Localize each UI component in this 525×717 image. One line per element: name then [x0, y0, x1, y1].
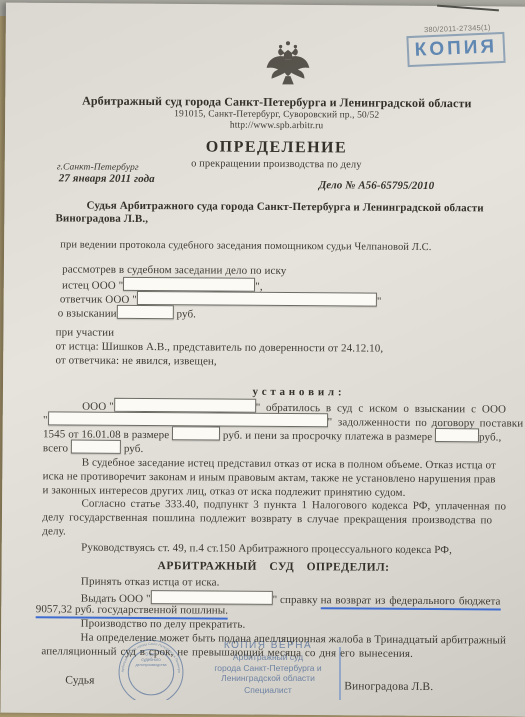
ruling-amount-line: 9057,32 руб. государственной пошлины. — [36, 603, 229, 616]
facts-p2-line-2: иска не противоречит законам и иным прав… — [43, 470, 496, 485]
claim-line: о взыскании руб. — [58, 304, 196, 320]
facts-line-4: всего руб. — [43, 439, 144, 455]
facts-p3-line-2: делу государственная пошлина подлежит во… — [42, 511, 492, 526]
review-line: рассмотрев в судебном заседании дело по … — [62, 263, 286, 277]
redaction-box — [123, 277, 255, 292]
date-line: 27 января 2011 года — [59, 172, 155, 185]
ruling-item-1: Принять отказ истца от иска. — [81, 576, 220, 589]
ruling-heading: АРБИТРАЖНЫЙ СУД ОПРЕДЕЛИЛ: — [26, 559, 521, 574]
facts-l4-a: всего — [43, 442, 68, 454]
signature-role: Судья — [65, 674, 94, 686]
facts-p3-line-1: Согласно статье 333.40, подпункт 3 пункт… — [81, 498, 506, 513]
attendance-defendant: от ответчика: не явился, извещен, — [55, 354, 216, 367]
redaction-box — [114, 398, 256, 413]
facts-l4-b: руб. — [124, 443, 144, 455]
facts-l3-c: руб., — [479, 431, 501, 443]
ruling-item2-underlined: на возврат из федерального бюджета — [321, 594, 501, 610]
defendant-suffix: " — [377, 296, 382, 308]
redaction-box — [151, 590, 273, 605]
claim-suffix: руб. — [177, 308, 197, 320]
judge-line-2: Виноградова Л.В., — [55, 212, 148, 225]
facts-p4-line: Руководствуясь ст. 49, п.4 ст.150 Арбитр… — [81, 542, 452, 557]
ruling-item-3: Производство по делу прекратить. — [81, 618, 246, 631]
redaction-box — [172, 426, 220, 440]
place-line: г.Санкт-Петербург — [57, 162, 139, 173]
facts-l3-b: руб. и пени за просрочку платежа в разме… — [223, 430, 432, 443]
attendance-heading: при участии — [56, 326, 115, 338]
signature-name: Виноградова Л.В. — [344, 680, 433, 693]
appeal-line-1: На определение может быть подана апелляц… — [81, 632, 506, 647]
redaction-box — [435, 428, 479, 442]
attendance-plaintiff: от истца: Шишков А.В., представитель по … — [56, 340, 384, 354]
redaction-box — [117, 305, 174, 319]
ruling-item2-mid: " справку — [273, 594, 321, 606]
appeal-line-2: апелляционный суд в срок, не превышающий… — [41, 645, 413, 660]
claim-prefix: о взыскании — [58, 307, 117, 319]
facts-p3-line-3: делу. — [42, 525, 66, 537]
doc-title: ОПРЕДЕЛЕНИЕ — [29, 137, 524, 158]
clerk-line: при ведении протокола судебного заседани… — [60, 239, 431, 253]
redaction-box — [71, 440, 121, 454]
facts-p2-line-1: В судебное заседание истец представил от… — [82, 457, 496, 472]
facts-p2-line-3: и законных интересов других лиц, отказ о… — [43, 484, 406, 499]
court-website: http://www.spb.arbitr.ru — [29, 119, 524, 132]
case-number: Дело № А56-65795/2010 — [319, 179, 435, 192]
